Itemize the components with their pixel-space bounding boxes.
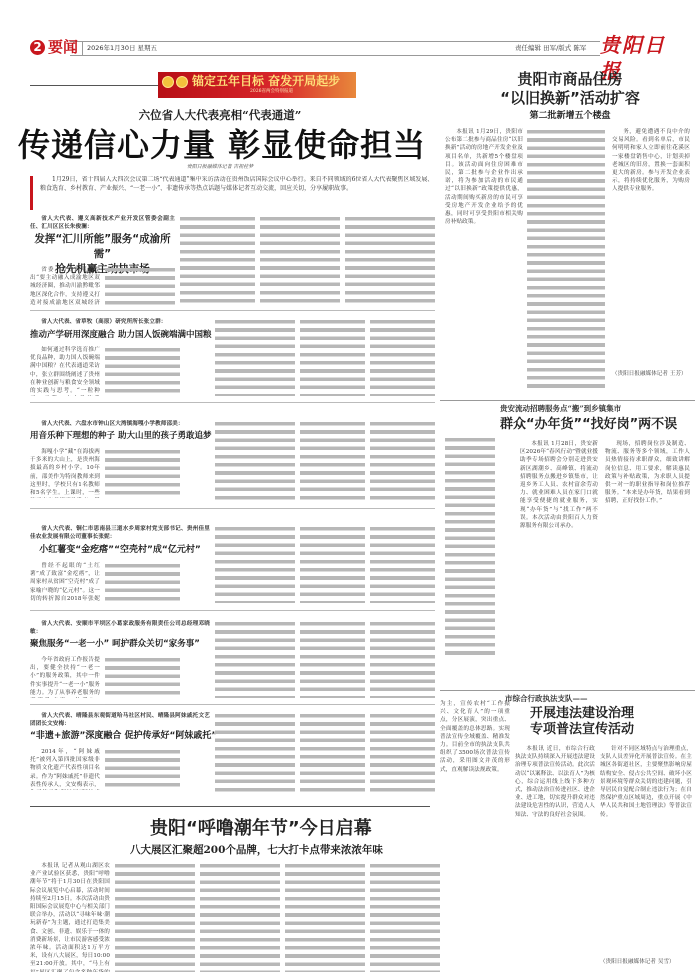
- section-5-text-col2: [105, 656, 180, 698]
- section-5-title: 聚焦服务“一老一小” 呵护群众关切“家务事”: [30, 638, 210, 650]
- housing-headline-line1: 贵阳市商品住房: [445, 70, 695, 89]
- section-6-text-col3: [215, 712, 295, 792]
- section-4-text-col2: [105, 562, 180, 602]
- section-rule: [440, 690, 695, 691]
- section-6-text-col2: [105, 748, 180, 790]
- page-number-badge: 2: [30, 40, 45, 55]
- section-4-text-col4: [300, 525, 365, 603]
- party-emblem-icon: [176, 76, 188, 88]
- intro-accent-bar: [30, 176, 33, 210]
- law-headline: 开展违法建设治理 专项普法宣传活动: [530, 706, 700, 738]
- section-2-title: 推动产学研用深度融合 助力国人饭碗端满中国粮: [30, 329, 210, 341]
- section-3-title: 用音乐种下理想的种子 助大山里的孩子勇敢追梦: [30, 430, 210, 442]
- section-rule: [30, 806, 430, 807]
- lead-intro: 1月29日，省十四届人大四次会议第二场“代表通道”集中采访活动在贵州饭店国际会议…: [40, 176, 435, 210]
- section-2-speaker: 省人大代表、省草牧（高原）研究所所长张立群：: [30, 318, 190, 327]
- festival-text-col5: [370, 862, 440, 972]
- recruit-kicker: 贵安流动招聘服务点“搬”到乡镇集市: [500, 404, 700, 414]
- section-rule: [30, 402, 435, 403]
- section-5-text-col4: [300, 620, 365, 698]
- section-2-text-col2: [105, 346, 180, 396]
- law-text-col2: 针对不同区域特点与治理重点，支队人员差异化开展普法宣传。在主城区各街道社区，主要…: [600, 745, 692, 950]
- section-5-speaker: 省人大代表、安顺市平坝区小葛家政服务有限责任公司总经理邓晓敏：: [30, 620, 210, 638]
- section-2-text-col5: [370, 318, 435, 396]
- section-6-text-col5: [370, 712, 435, 792]
- section-title: 要闻: [48, 38, 78, 57]
- festival-text-col4: [285, 862, 365, 972]
- festival-text-col2: [115, 862, 195, 972]
- recruit-text-col1: [445, 436, 495, 656]
- section-6-speaker: 省人大代表、晴隆县东观街道哈马社区村民、晴隆县阿妹戚托文艺团团长文安梅：: [30, 712, 210, 730]
- banner-subtitle: 2026省两会特别报道: [250, 89, 293, 95]
- masthead: 2 要闻 2026年1月30日 星期五 责任编辑 田军/版式 陈军 贵阳日报: [30, 38, 670, 58]
- editors-credit: 责任编辑 田军/版式 陈军: [515, 43, 586, 53]
- festival-text-col3: [200, 862, 280, 972]
- law-headline-line2: 专项普法宣传活动: [530, 722, 700, 738]
- issue-date: 2026年1月30日 星期五: [87, 43, 157, 53]
- law-text-col1: 本报讯 近日，市综合行政执法支队持续深入开展违法建设治理专项普法宣传活动。此次活…: [515, 745, 595, 970]
- section-4-text-col1: 曾经不起眼的“土红薯”成了致富“金疙瘩”，让周家村从贫困“空壳村”成了家喻户晓的…: [30, 562, 100, 602]
- housing-text-col2: [527, 128, 605, 388]
- section-3-speaker: 省人大代表、六盘水市钟山区大湾镇海嘎小学教师邵美：: [30, 420, 190, 429]
- section-3-text-col4: [300, 420, 365, 500]
- banner-rule: [30, 85, 160, 86]
- housing-headline: 贵阳市商品住房 “以旧换新”活动扩容: [445, 70, 695, 108]
- festival-subhead: 八大展区汇聚超200个品牌，七大打卡点带来浓浓年味: [130, 843, 430, 857]
- section-4-speaker: 省人大代表、铜仁市思南县三道水乡周家村党支部书记、贵州佳里佳农业发展有限公司董事…: [30, 525, 210, 543]
- housing-text-col3: 务，避免遭遇不良中介的交易风险。看到名单后，市民何明明和家人立即前往花溪区一家楼…: [612, 128, 690, 358]
- lead-kicker: 六位省人大代表亮相“代表通道”: [100, 108, 340, 123]
- section-1-text-col5: [345, 215, 435, 305]
- section-3-text-col1: 海嘎小学“藏”在海拔两千多米的大山上，是贵州海拔最高的乡村小学。10年前，邵美作…: [30, 448, 100, 498]
- section-rule: [30, 704, 435, 705]
- section-rule: [30, 508, 435, 509]
- section-rule: [440, 400, 695, 401]
- housing-subhead: 第二批新增五个楼盘: [445, 110, 695, 122]
- section-5-text-col1: 今年省政府工作报告提出，要健全扶持“一老一小”的服务政策，其中一件件实事提升“一…: [30, 656, 100, 698]
- recruit-text-col3: 现场，招聘岗位涉及制造、物流、服务等多个领域，工作人员热情接待求职群众，细致讲解…: [605, 440, 690, 680]
- lead-byline: 贵阳日报融媒体记者 吉祝桂梦: [150, 164, 290, 171]
- section-3-text-col5: [370, 420, 435, 500]
- festival-headline: 贵阳“呼噜潮年节”今日启幕: [150, 818, 430, 840]
- section-2-text-col4: [300, 318, 365, 396]
- lead-headline: 传递信心力量 彰显使命担当: [18, 126, 438, 164]
- section-4-text-col3: [215, 525, 295, 603]
- recruit-headline: 群众“办年货”“找好岗”两不误: [500, 416, 700, 433]
- section-5-text-col5: [370, 620, 435, 698]
- section-1-text-col2: [105, 266, 175, 306]
- banner-title: 锚定五年目标 奋发开局起步: [192, 74, 340, 89]
- section-2-text-col3: [215, 318, 295, 396]
- housing-credit: （贵阳日报融媒体记者 王芳）: [612, 370, 697, 378]
- section-5-text-col3: [215, 620, 295, 698]
- special-report-banner: 锚定五年目标 奋发开局起步 2026省两会特别报道: [158, 72, 356, 98]
- national-emblem-icon: [162, 76, 174, 88]
- culture-text: 为主，宣传农村“工作振兴、文化育人”的一项重点，分区展演，突出重点、全面覆盖的总…: [440, 700, 510, 970]
- section-2-text-col1: 如何通过科学选育推广优良品种，助力国人饭碗端满中国粮？在代表通道采访中，张立群围…: [30, 346, 100, 396]
- law-kicker: 市综合行政执法支队——: [505, 694, 695, 704]
- section-1-text-col4: [260, 215, 340, 305]
- section-1-text-col1: 省委、省政府明确提出“要主动融入成渝地区双城经济圈，推动川渝黔毗邻地区深化合作，…: [30, 266, 100, 306]
- recruit-text-col2: 本报讯 1月28日，贵安新区2026年“春风行动”暨就业援助季专场招聘会分别走进…: [520, 440, 598, 680]
- festival-text-col1: 本报讯 记者从观山湖区农业产业试验区获悉，贵阳“呼噜潮年节”将于1月30日在贵阳…: [30, 862, 110, 972]
- housing-headline-line2: “以旧换新”活动扩容: [445, 89, 695, 108]
- housing-text-col1: 本报讯 1月29日，贵阳市公布第二批参与商品住房“以旧换新”活动的房地产开发企业…: [445, 128, 523, 388]
- section-1-speaker: 省人大代表、遵义高新技术产业开发区管委会副主任、汇川区区长朱俊澜：: [30, 215, 175, 233]
- law-credit: （贵阳日报融媒体记者 吴雪）: [600, 958, 695, 966]
- section-1-title-line1: 发挥“汇川所能”服务“成渝所需”: [30, 232, 175, 262]
- divider: [82, 41, 83, 55]
- section-rule: [30, 310, 435, 311]
- section-1-text-col3: [180, 215, 255, 305]
- section-4-text-col5: [370, 525, 435, 603]
- section-6-text-col4: [300, 712, 365, 792]
- section-6-title: “非遗+旅游”深度融合 促护传承好“阿妹戚托”: [30, 730, 210, 742]
- section-6-text-col1: 2014年，“阿妹戚托”被列入第四批国家级非物质文化遗产代表性项目名录。作为“阿…: [30, 748, 100, 790]
- section-3-text-col3: [215, 420, 295, 500]
- law-headline-line1: 开展违法建设治理: [530, 706, 700, 722]
- section-rule: [30, 610, 435, 611]
- section-3-text-col2: [105, 448, 180, 498]
- section-4-title: 小红薯变“金疙瘩”“空壳村”成“亿元村”: [30, 544, 210, 556]
